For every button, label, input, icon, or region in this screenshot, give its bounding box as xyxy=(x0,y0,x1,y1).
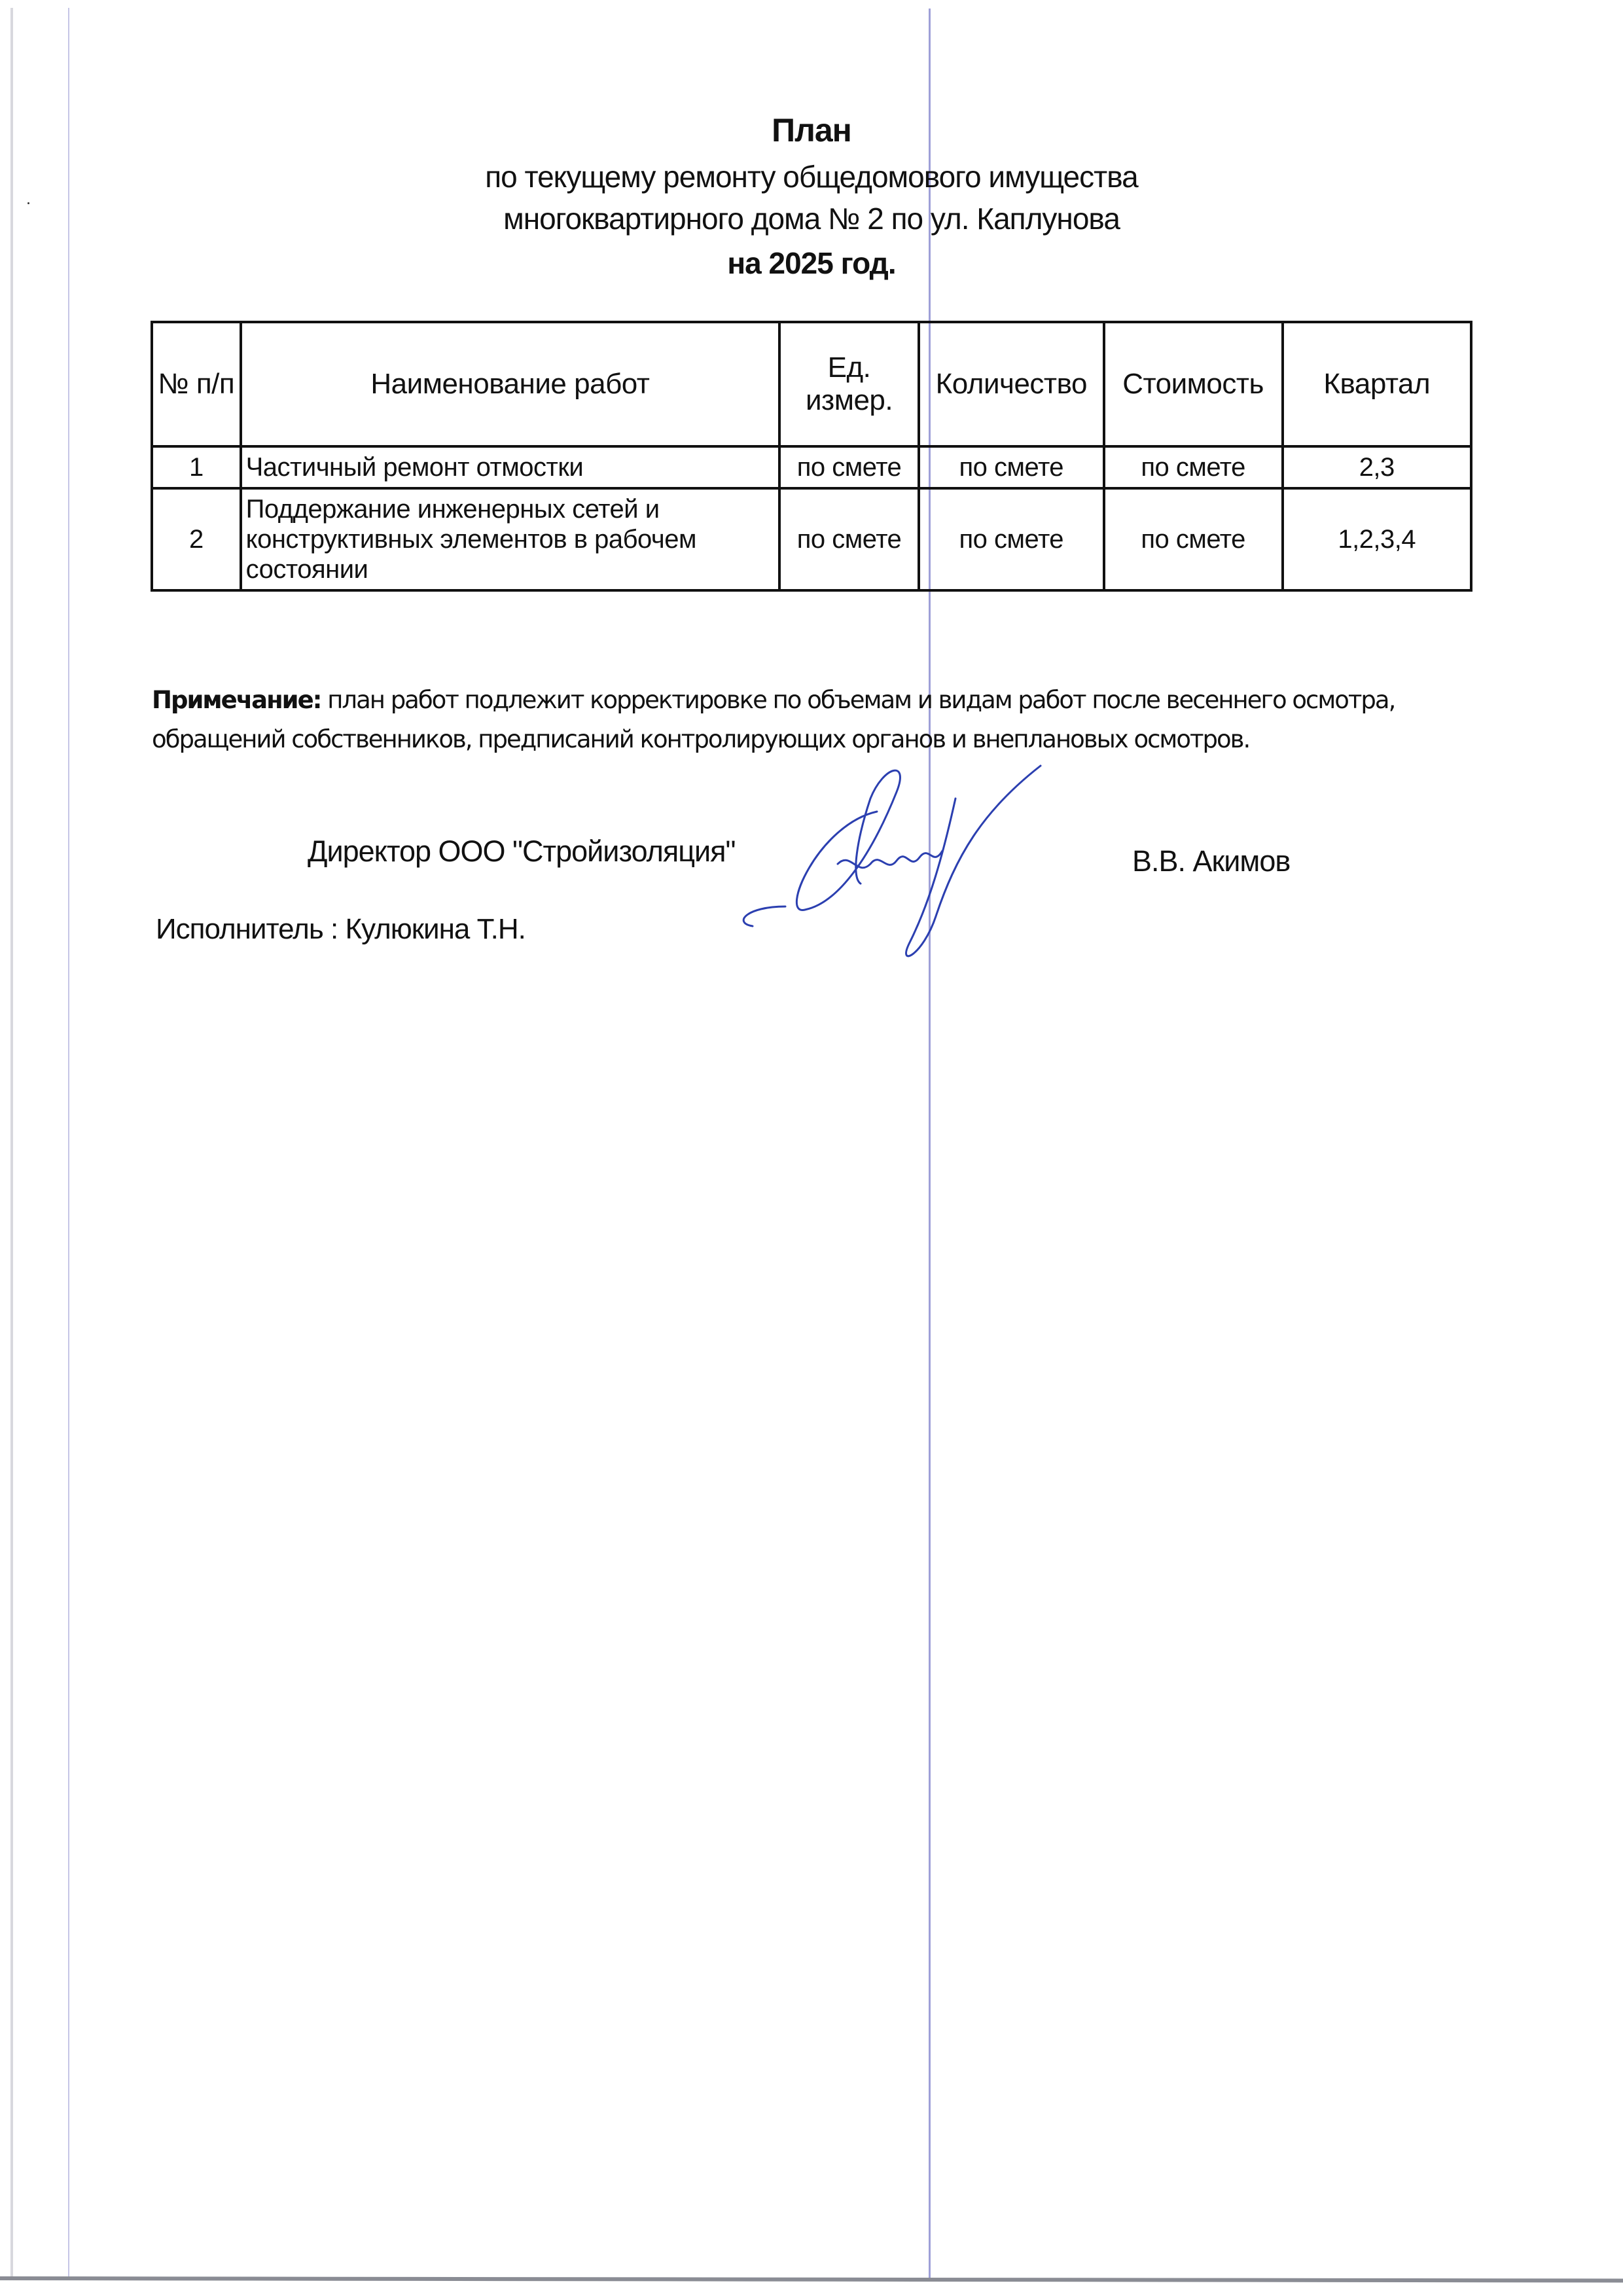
scan-artifact-line xyxy=(10,8,13,2279)
table-row: 1 Частичный ремонт отмостки по смете по … xyxy=(152,446,1471,488)
repair-plan-table: № п/п Наименование работ Ед. измер. Коли… xyxy=(151,321,1472,592)
column-header-work-name: Наименование работ xyxy=(241,322,780,446)
cell-quantity: по смете xyxy=(919,446,1104,488)
cell-quantity: по смете xyxy=(919,488,1104,590)
cell-number: 1 xyxy=(152,446,241,488)
cell-quarter: 2,3 xyxy=(1283,446,1472,488)
executor-line: Исполнитель : Кулюкина Т.Н. xyxy=(156,913,526,946)
column-header-quarter: Квартал xyxy=(1283,322,1472,446)
note-text: план работ подлежит корректировке по объ… xyxy=(152,686,1395,753)
column-header-number: № п/п xyxy=(152,322,241,446)
cell-work-name: Поддержание инженерных сетей и конструкт… xyxy=(241,488,780,590)
document-subtitle: по текущему ремонту общедомового имущест… xyxy=(0,159,1623,194)
cell-unit: по смете xyxy=(779,446,919,488)
note-paragraph: Примечание: план работ подлежит корректи… xyxy=(152,681,1435,759)
signatory-position: Директор ООО "Стройизоляция" xyxy=(308,834,735,869)
cell-unit: по смете xyxy=(779,488,919,590)
table-row: 2 Поддержание инженерных сетей и констру… xyxy=(152,488,1471,590)
signatory-name: В.В. Акимов xyxy=(1132,844,1290,878)
handwritten-signature xyxy=(720,753,1191,969)
cell-cost: по смете xyxy=(1104,488,1283,590)
document-title: План xyxy=(0,111,1623,149)
cell-quarter: 1,2,3,4 xyxy=(1283,488,1472,590)
document-year: на 2025 год. xyxy=(0,245,1623,281)
document-subtitle-address: многоквартирного дома № 2 по ул. Каплуно… xyxy=(0,201,1623,236)
cell-number: 2 xyxy=(152,488,241,590)
column-header-quantity: Количество xyxy=(919,322,1104,446)
column-header-unit: Ед. измер. xyxy=(779,322,919,446)
table-header-row: № п/п Наименование работ Ед. измер. Коли… xyxy=(152,322,1471,446)
note-label: Примечание: xyxy=(152,686,321,714)
cell-cost: по смете xyxy=(1104,446,1283,488)
cell-work-name: Частичный ремонт отмостки xyxy=(241,446,780,488)
column-header-cost: Стоимость xyxy=(1104,322,1283,446)
scan-artifact-line xyxy=(0,2276,1623,2282)
scan-artifact-line xyxy=(68,8,69,2279)
